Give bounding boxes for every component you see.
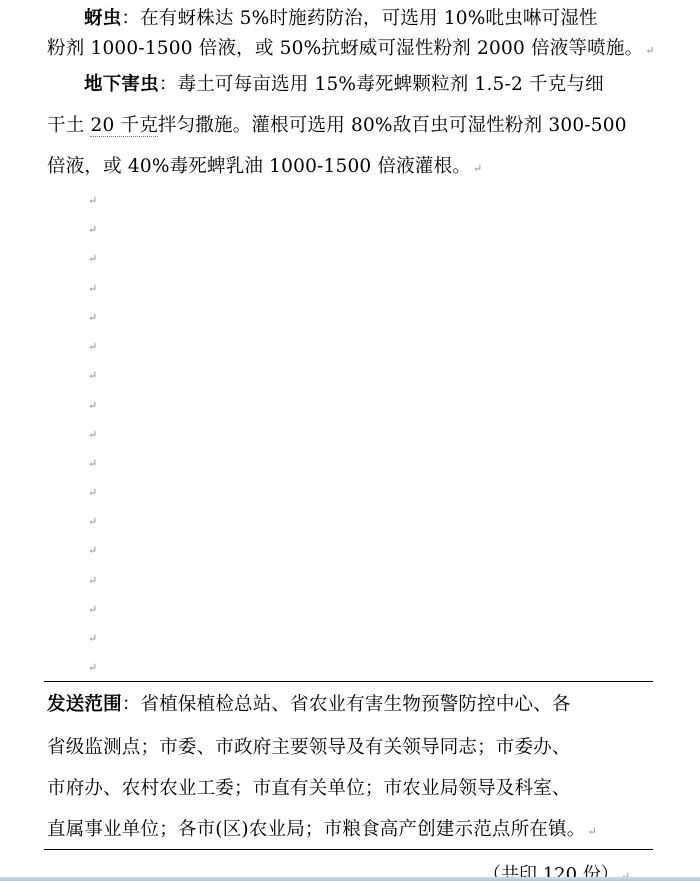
aphid-line-1: 蚜虫：在有蚜株达 5%时施药防治，可选用 10%吡虫啉可湿性 xyxy=(84,4,690,30)
paragraph-mark-icon: ↵ xyxy=(88,282,97,295)
paragraph-mark-icon: ↵ xyxy=(88,632,97,645)
underground-line-1: 地下害虫：毒土可每亩选用 15%毒死蜱颗粒剂 1.5-2 千克与细 xyxy=(84,70,690,96)
spellcheck-underline: 20 千克 xyxy=(90,115,157,137)
paragraph-mark-icon: ↵ xyxy=(88,428,97,441)
paragraph-mark-icon: ↵ xyxy=(88,311,97,324)
distribution-line-1: 发送范围：省植保植检总站、省农业有害生物预警防控中心、各 xyxy=(47,690,653,716)
top-divider xyxy=(44,681,653,682)
distribution-heading: 发送范围 xyxy=(47,694,122,715)
paragraph-mark-icon: ↵ xyxy=(88,369,97,382)
distribution-line-4: 直属事业单位；各市(区)农业局；市粮食高产创建示范点所在镇。↵ xyxy=(47,815,653,841)
distribution-line-2: 省级监测点；市委、市政府主要领导及有关领导同志；市委办、 xyxy=(47,733,653,759)
paragraph-mark-icon: ↵ xyxy=(88,194,97,207)
window-bottom-edge xyxy=(0,877,700,881)
aphid-heading: 蚜虫 xyxy=(84,8,121,29)
paragraph-mark-icon: ↵ xyxy=(88,340,97,353)
paragraph-mark-icon: ↵ xyxy=(645,44,654,57)
paragraph-mark-icon: ↵ xyxy=(88,574,97,587)
paragraph-mark-icon: ↵ xyxy=(473,162,482,175)
paragraph-mark-icon: ↵ xyxy=(88,544,97,557)
paragraph-mark-icon: ↵ xyxy=(88,223,97,236)
paragraph-mark-icon: ↵ xyxy=(88,252,97,265)
paragraph-mark-icon: ↵ xyxy=(88,515,97,528)
paragraph-mark-icon: ↵ xyxy=(88,603,97,616)
paragraph-mark-icon: ↵ xyxy=(88,399,97,412)
distribution-line-3: 市府办、农村农业工委；市直有关单位；市农业局领导及科室、 xyxy=(47,774,653,800)
aphid-line-2: 粉剂 1000-1500 倍液，或 50%抗蚜威可湿性粉剂 2000 倍液等喷施… xyxy=(47,34,653,60)
document-page: 蚜虫：在有蚜株达 5%时施药防治，可选用 10%吡虫啉可湿性 粉剂 1000-1… xyxy=(0,0,700,877)
underground-heading: 地下害虫 xyxy=(84,74,159,95)
paragraph-mark-icon: ↵ xyxy=(587,825,596,838)
underground-line-2: 干土 20 千克拌匀撒施。灌根可选用 80%敌百虫可湿性粉剂 300-500 xyxy=(47,111,653,137)
underground-line-3: 倍液，或 40%毒死蜱乳油 1000-1500 倍液灌根。↵ xyxy=(47,152,653,178)
paragraph-mark-icon: ↵ xyxy=(88,457,97,470)
paragraph-mark-icon: ↵ xyxy=(88,661,97,674)
paragraph-mark-icon: ↵ xyxy=(88,486,97,499)
bottom-divider xyxy=(44,849,653,850)
